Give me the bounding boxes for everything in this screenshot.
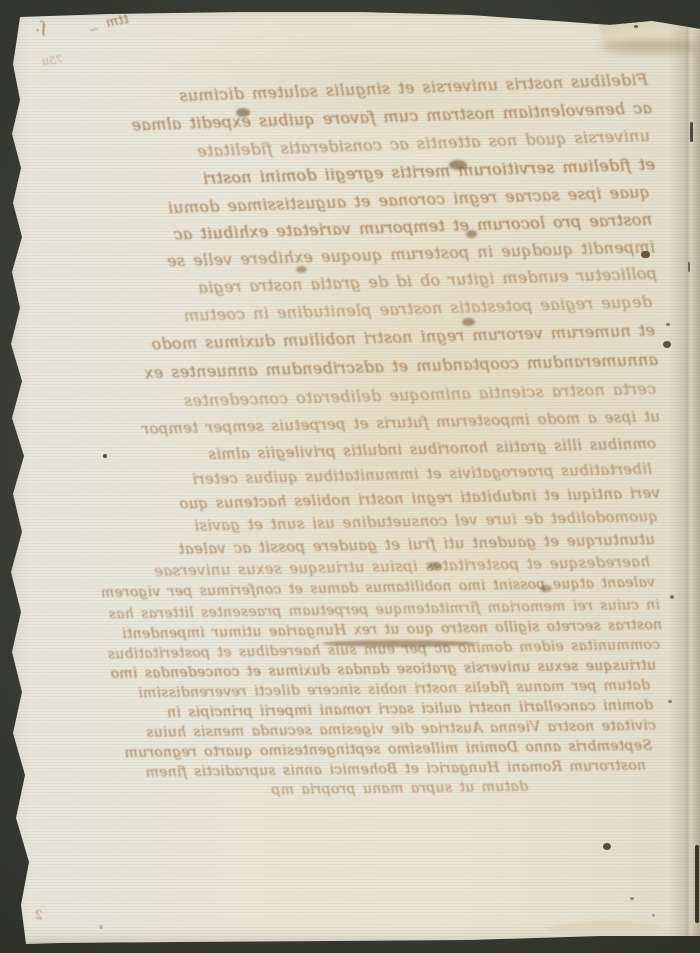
ink-blot [428,562,441,570]
ink-blot [296,266,307,273]
manuscript-page: ſ. ~ ttm 75u 2 Fidelibus nostris univers… [0,0,700,953]
showthrough-line: ut ipse a modo imposterum futuris et per… [190,407,660,436]
right-fold-crease [668,0,700,953]
folio-mark-red-numeral: 2 [34,908,43,923]
showthrough-line: utunturque et gaudent uti frui et gauder… [185,530,655,558]
speck [630,897,634,900]
showthrough-line: valeant atque possint imo nobilitamus da… [185,574,655,599]
speck [695,845,699,923]
scan-background: ſ. ~ ttm 75u 2 Fidelibus nostris univers… [0,0,700,953]
showthrough-line: nostrorum Romani Hungarici et Bohemici a… [176,758,646,781]
showthrough-line: ac benevolentiam nostram cum favore quib… [182,98,652,133]
speck [634,25,638,28]
showthrough-line: datum ut supra manu propria mp [58,779,528,802]
showthrough-line: quae ipse sacrae regni coronae et august… [180,182,650,217]
folio-mark-blue-squiggle: ~ [87,21,101,38]
speck [670,595,674,599]
showthrough-line: quomodolibet de iure vel consuetudine us… [188,507,658,535]
showthrough-line: Septembris anno Domini millesimo septing… [182,738,652,761]
folio-mark-number: 75u [41,53,63,68]
showthrough-line: deque regiae potestatis nostrae plenitud… [182,292,652,325]
showthrough-text: Fidelibus nostris universis et singulis … [0,0,700,953]
speck [668,700,672,703]
showthrough-line: Fidelibus nostris universis et singulis … [178,70,648,105]
showthrough-line: impendit quodque in posterum quoque exhi… [185,237,655,270]
speck [603,843,611,850]
speck [652,914,655,917]
speck [99,925,103,929]
speck [663,341,671,348]
showthrough-line: datum per manus fidelis nostri nobis sin… [180,677,650,700]
speck [641,251,650,258]
speck [103,454,107,458]
folio-mark-f: ſ. [34,17,48,37]
showthrough-line: et numerum verorum regni nostri nobilium… [185,320,655,352]
showthrough-line: veri antiqui et indubitati regni nostri … [190,484,660,513]
ink-blot [462,318,475,326]
speck [688,262,690,272]
showthrough-line: omnibus illis gratiis honoribus indultis… [186,434,656,463]
showthrough-line: libertatibus praerogativis et immunitati… [182,460,652,489]
showthrough-line: civitate nostra Vienna Austriae die vige… [186,718,656,741]
ink-blot [322,640,477,647]
showthrough-line: domini cancellarii nostri aulici sacri r… [183,697,653,720]
showthrough-line: nostrae pro locorum et temporum varietat… [182,210,652,244]
ink-blot [466,230,477,238]
speck [690,122,693,142]
showthrough-line: nostras secreto sigillo nostro quo ut re… [192,617,662,641]
showthrough-line: universis quod nos attentis ac considera… [180,126,650,161]
showthrough-line: annumerandum cooptandum et adscribendum … [188,350,658,381]
showthrough-line: utriusque sexus universis gratiose danda… [186,657,656,680]
showthrough-line: haeredesque et posteritates ipsius utriu… [180,552,650,579]
ink-blot [449,160,467,170]
bottom-edge-curl [545,921,663,936]
speck [666,323,670,326]
showthrough-line: pollicetur eundem igitur ob id de gratia… [187,264,657,298]
folio-mark-scribble: ttm [105,12,130,31]
showthrough-line: et fidelium servitiorum meritis egregii … [185,155,655,189]
ink-blot [540,585,552,592]
showthrough-line: in cuius rei memoriam firmitatemque perp… [190,597,660,621]
ink-blot [236,108,250,117]
corner-curl-shadow [600,40,698,53]
showthrough-line: certa nostra scientia animoque deliberat… [186,379,656,410]
